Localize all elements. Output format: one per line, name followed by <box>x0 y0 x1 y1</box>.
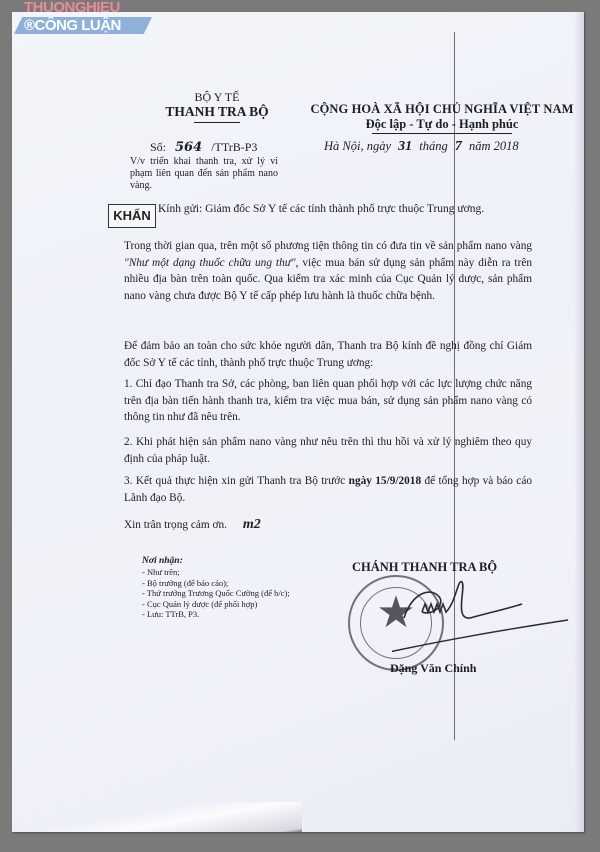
national-motto: Độc lập - Tự do - Hạnh phúc <box>292 117 584 132</box>
header-underline <box>194 122 240 123</box>
document-subject: V/v triển khai thanh tra, xử lý vi phạm … <box>130 156 278 192</box>
signature-icon <box>392 572 572 672</box>
recipient-line: Kính gửi: Giám đốc Sở Y tế các tỉnh thàn… <box>158 202 484 216</box>
recipients-title: Nơi nhận: <box>142 555 290 567</box>
date-month: 7 <box>451 139 466 154</box>
doc-number-label: Số: <box>150 140 166 154</box>
date-year: năm 2018 <box>469 139 519 153</box>
issuing-agency: BỘ Y TẾ THANH TRA BỘ <box>142 90 292 123</box>
motto-underline <box>372 133 512 134</box>
paragraph-2: Để đảm bảo an toàn cho sức khỏe người dâ… <box>124 338 532 371</box>
recipients-list: Nơi nhận: - Như trên; - Bộ trưởng (để bá… <box>142 555 290 620</box>
watermark-line1: THUONGHIEU <box>24 0 154 16</box>
paragraph-4: 2. Khi phát hiện sản phẩm nano vàng như … <box>124 434 532 467</box>
document-number: Số: 564 /TTrB-P3 <box>150 140 257 155</box>
paragraph-1: Trong thời gian qua, trên một số phương … <box>124 238 532 304</box>
department-name: THANH TRA BỘ <box>142 104 292 120</box>
recipient-item: - Thứ trưởng Trương Quốc Cường (để b/c); <box>142 588 290 599</box>
paragraph-5: 3. Kết quả thực hiện xin gửi Thanh tra B… <box>124 473 532 506</box>
watermark-line2: ®CÔNG LUẬN <box>14 17 152 34</box>
date-day: 31 <box>394 139 416 154</box>
paragraph-3: 1. Chỉ đạo Thanh tra Sở, các phòng, ban … <box>124 376 532 426</box>
date-prefix: Hà Nội, ngày <box>324 139 391 153</box>
ministry-name: BỘ Y TẾ <box>142 90 292 104</box>
signer-name: Đặng Văn Chính <box>390 661 476 676</box>
document-page: BỘ Y TẾ THANH TRA BỘ CỘNG HOÀ XÃ HỘI CHỦ… <box>12 12 584 832</box>
doc-number-suffix: /TTrB-P3 <box>211 140 257 154</box>
page-edge-shadow <box>574 12 584 832</box>
urgent-stamp: KHẨN <box>108 204 156 228</box>
national-header: CỘNG HOÀ XÃ HỘI CHỦ NGHĨA VIỆT NAM Độc l… <box>292 102 584 134</box>
date-month-label: tháng <box>419 139 447 153</box>
recipient-item: - Cục Quản lý dược (để phối hợp) <box>142 599 290 610</box>
recipient-item: - Như trên; <box>142 567 290 578</box>
nation-title: CỘNG HOÀ XÃ HỘI CHỦ NGHĨA VIỆT NAM <box>292 102 584 117</box>
recipient-item: - Bộ trưởng (để báo cáo); <box>142 578 290 589</box>
issue-date: Hà Nội, ngày 31 tháng 7 năm 2018 <box>324 139 519 155</box>
initials-mark: m2 <box>243 517 261 532</box>
doc-number-handwritten: 564 <box>169 140 208 155</box>
closing-line: Xin trân trọng cảm ơn.m2 <box>124 517 532 534</box>
watermark-logo: THUONGHIEU ®CÔNG LUẬN <box>14 0 154 34</box>
recipient-item: - Lưu: TTrB, P3. <box>142 609 290 620</box>
page-curl-shadow <box>12 802 302 832</box>
